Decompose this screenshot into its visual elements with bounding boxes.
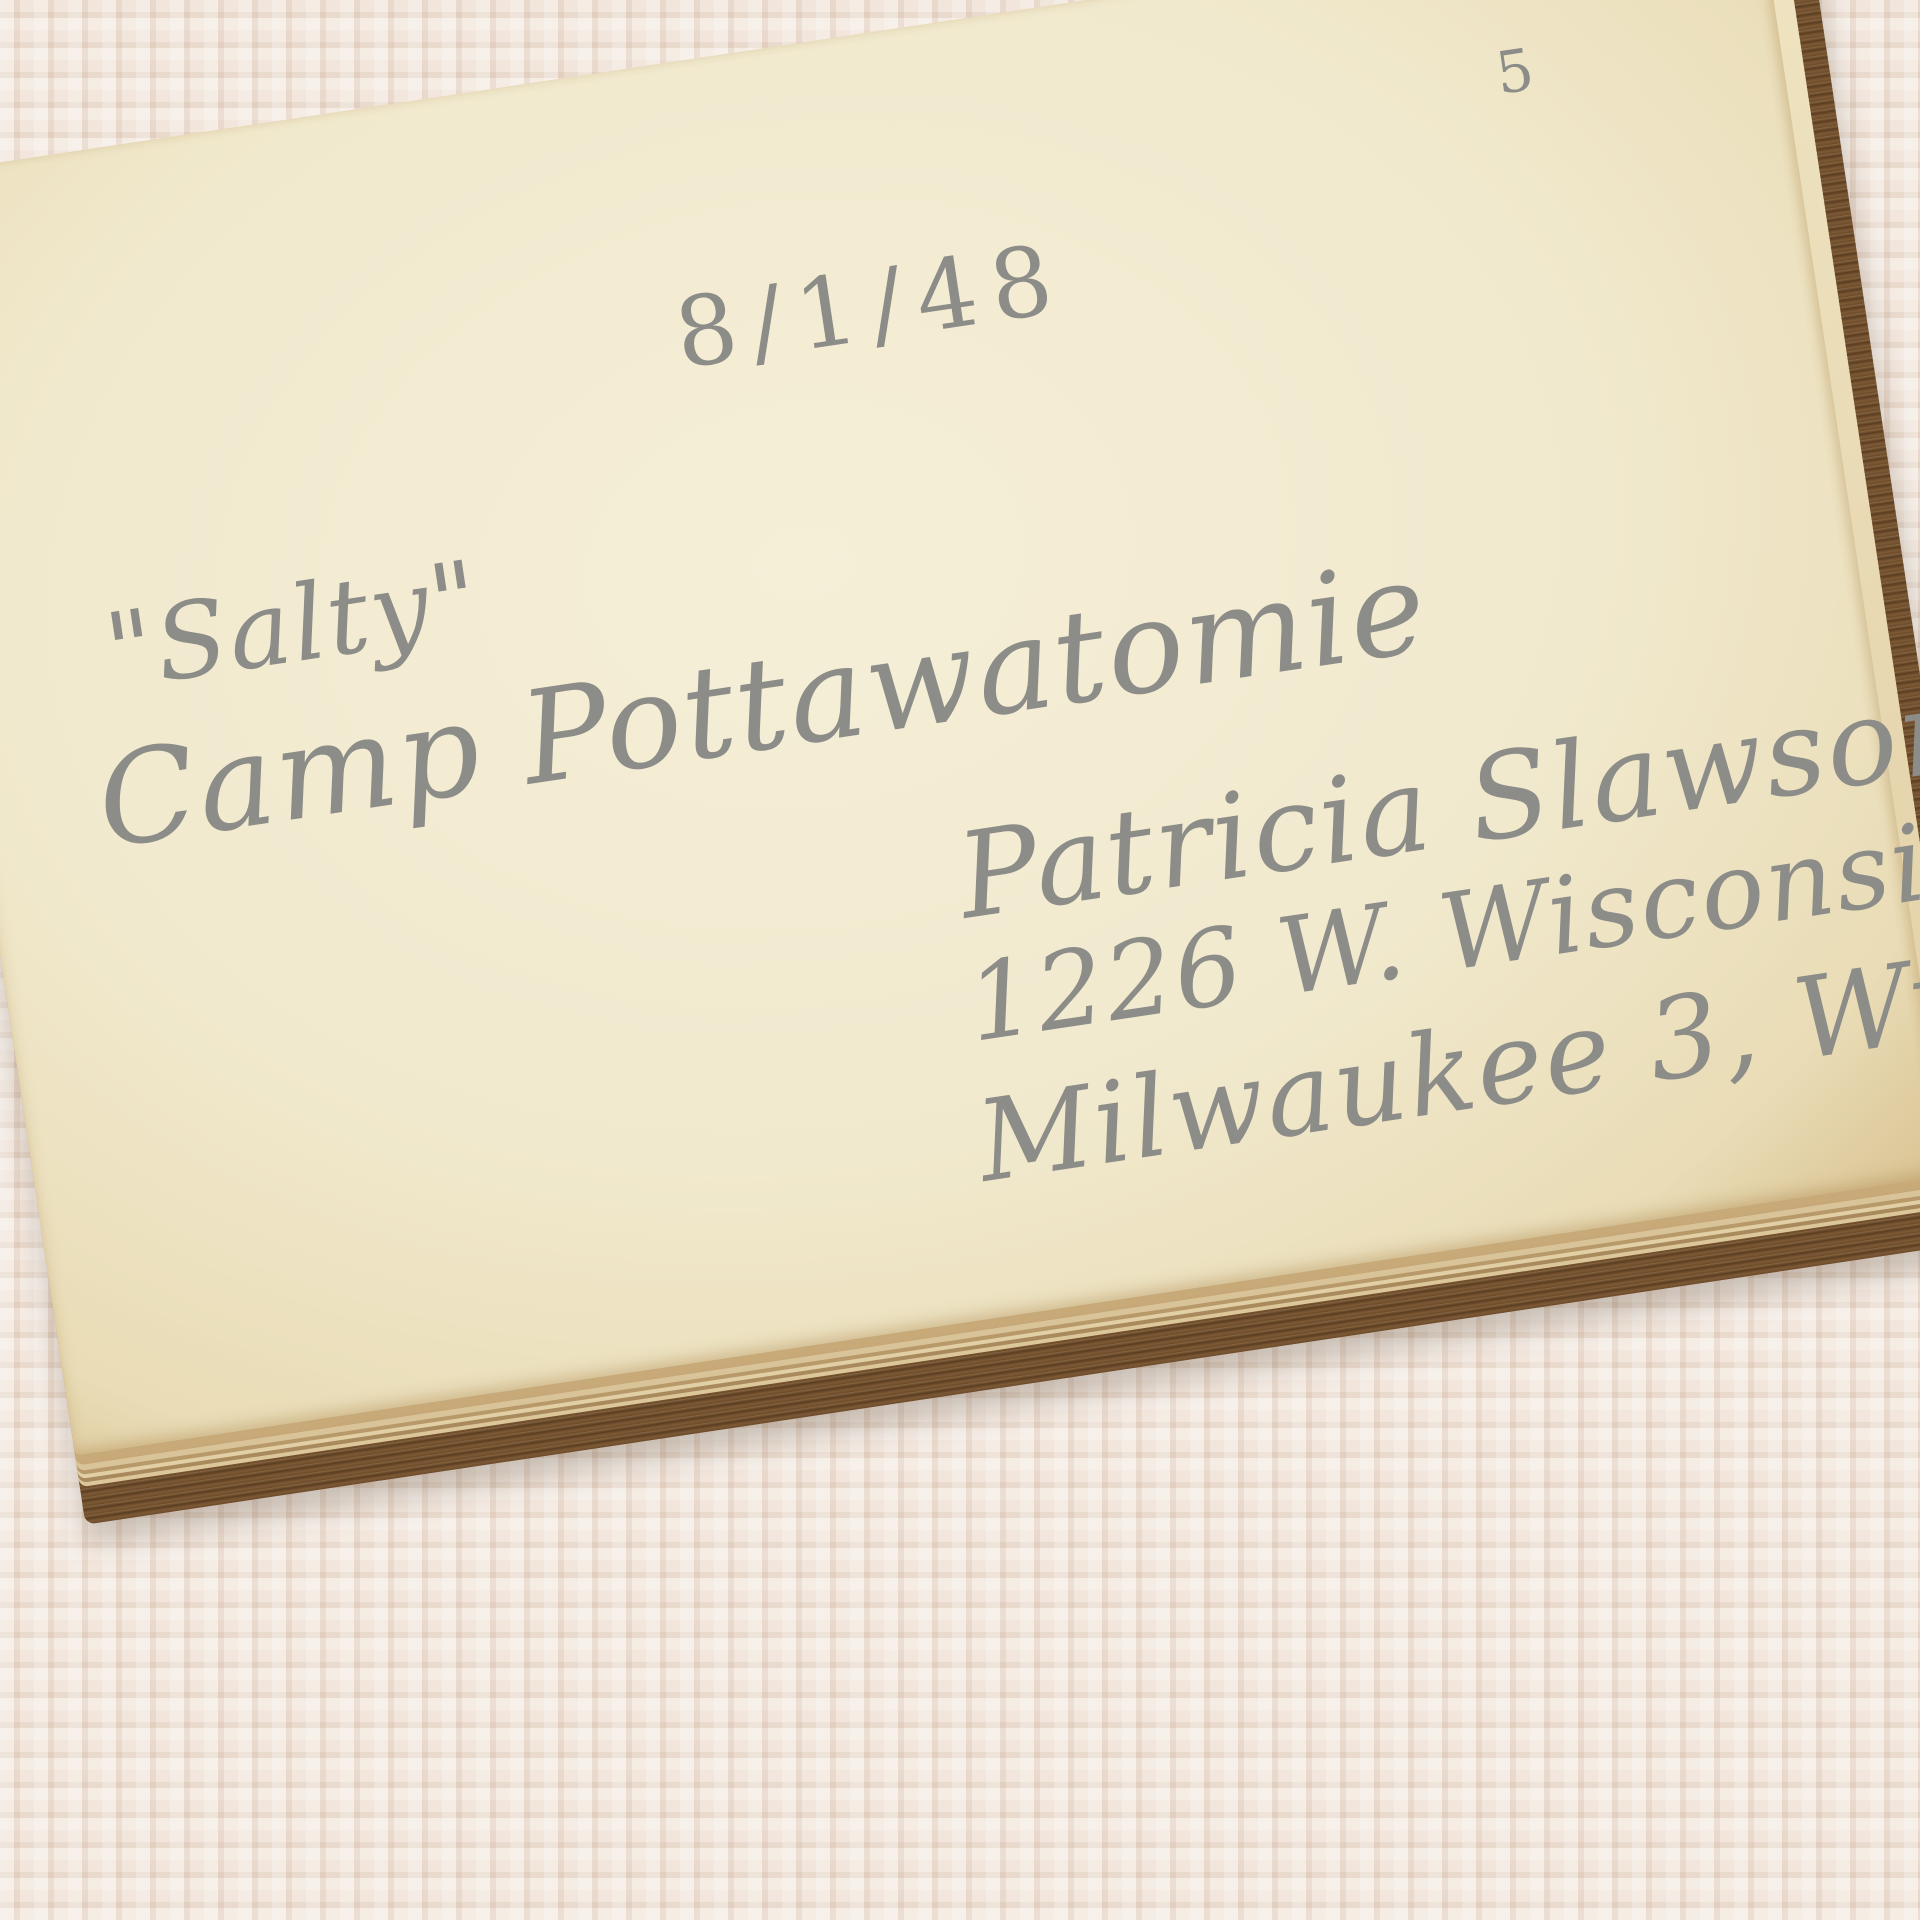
autograph-book: 5 8/1/48 "Salty" Camp Pottawatomie Patri…	[0, 0, 1920, 1535]
page-number: 5	[1492, 35, 1541, 108]
photo-scene: 5 8/1/48 "Salty" Camp Pottawatomie Patri…	[0, 0, 1920, 1920]
handwritten-date: 8/1/48	[668, 222, 1073, 391]
